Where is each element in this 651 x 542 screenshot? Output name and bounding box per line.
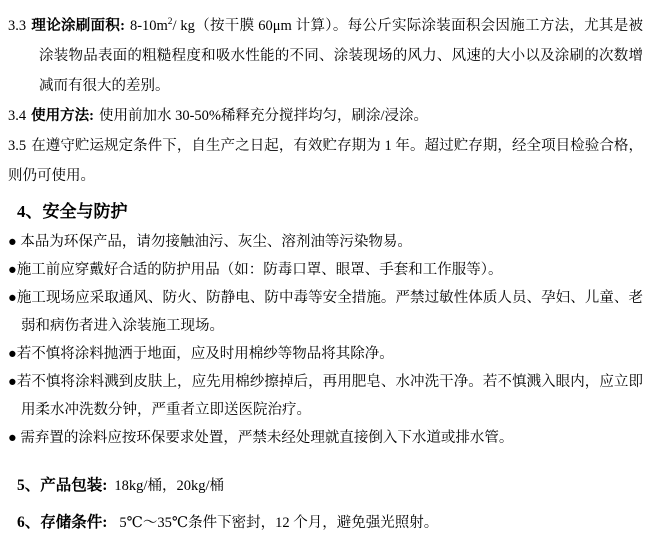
label-product-packaging: 5、产品包装: bbox=[17, 477, 107, 494]
bullet-site-safety: ●施工现场应采取通风、防火、防静电、防中毒等安全措施。严禁过敏性体质人员、孕妇、… bbox=[8, 284, 643, 340]
bullet-protective-gear: ●施工前应穿戴好合适的防护用品（如：防毒口罩、眼罩、手套和工作服等）。 bbox=[8, 256, 643, 284]
bullet-spill-on-ground: ●若不慎将涂料抛洒于地面，应及时用棉纱等物品将其除净。 bbox=[8, 340, 643, 368]
bullet-disposal: ● 需弃置的涂料应按环保要求处置，严禁未经处理就直接倒入下水道或排水管。 bbox=[8, 424, 643, 452]
para-text-usage: 使用前加水 30-50%稀释充分搅拌均匀，刷涂/浸涂。 bbox=[99, 108, 428, 124]
section-number-3-4: 3.4 bbox=[8, 108, 26, 124]
para-text-coverage-1: 8-10m bbox=[130, 18, 168, 34]
para-storage-period: 3.5在遵守贮运规定条件下，自生产之日起，有效贮存期为 1 年。超过贮存期，经全… bbox=[8, 131, 643, 191]
section-number-3-3: 3.3 bbox=[8, 18, 26, 34]
para-label-usage: 使用方法: bbox=[31, 108, 94, 124]
safety-bullet-list: ● 本品为环保产品，请勿接触油污、灰尘、溶剂油等污染物易。 ●施工前应穿戴好合适… bbox=[8, 228, 643, 452]
value-product-packaging: 18kg/桶，20kg/桶 bbox=[114, 478, 224, 494]
label-storage-conditions: 6、存储条件: bbox=[17, 514, 107, 531]
para-usage-method: 3.4使用方法:使用前加水 30-50%稀释充分搅拌均匀，刷涂/浸涂。 bbox=[8, 101, 643, 131]
section-number-3-5: 3.5 bbox=[8, 138, 26, 154]
heading-safety-protection: 4、安全与防护 bbox=[17, 200, 643, 223]
bullet-skin-eye-contact: ●若不慎将涂料溅到皮肤上，应先用棉纱擦掉后，再用肥皂、水冲洗干净。若不慎溅入眼内… bbox=[8, 368, 643, 424]
para-label-coverage: 理论涂刷面积: bbox=[31, 18, 125, 34]
document-page: 3.3理论涂刷面积:8-10m2/ kg（按干膜 60μm 计算）。每公斤实际涂… bbox=[0, 0, 651, 534]
para-product-packaging: 5、产品包装:18kg/桶，20kg/桶 bbox=[17, 475, 643, 497]
bullet-eco-product: ● 本品为环保产品，请勿接触油污、灰尘、溶剂油等污染物易。 bbox=[8, 228, 643, 256]
para-text-storage-period: 在遵守贮运规定条件下，自生产之日起，有效贮存期为 1 年。超过贮存期，经全项目检… bbox=[8, 138, 643, 184]
para-theoretical-coverage: 3.3理论涂刷面积:8-10m2/ kg（按干膜 60μm 计算）。每公斤实际涂… bbox=[8, 11, 643, 101]
para-storage-conditions: 6、存储条件:5℃～35℃条件下密封，12 个月，避免强光照射。 bbox=[17, 512, 643, 534]
value-storage-conditions: 5℃～35℃条件下密封，12 个月，避免强光照射。 bbox=[119, 515, 438, 531]
